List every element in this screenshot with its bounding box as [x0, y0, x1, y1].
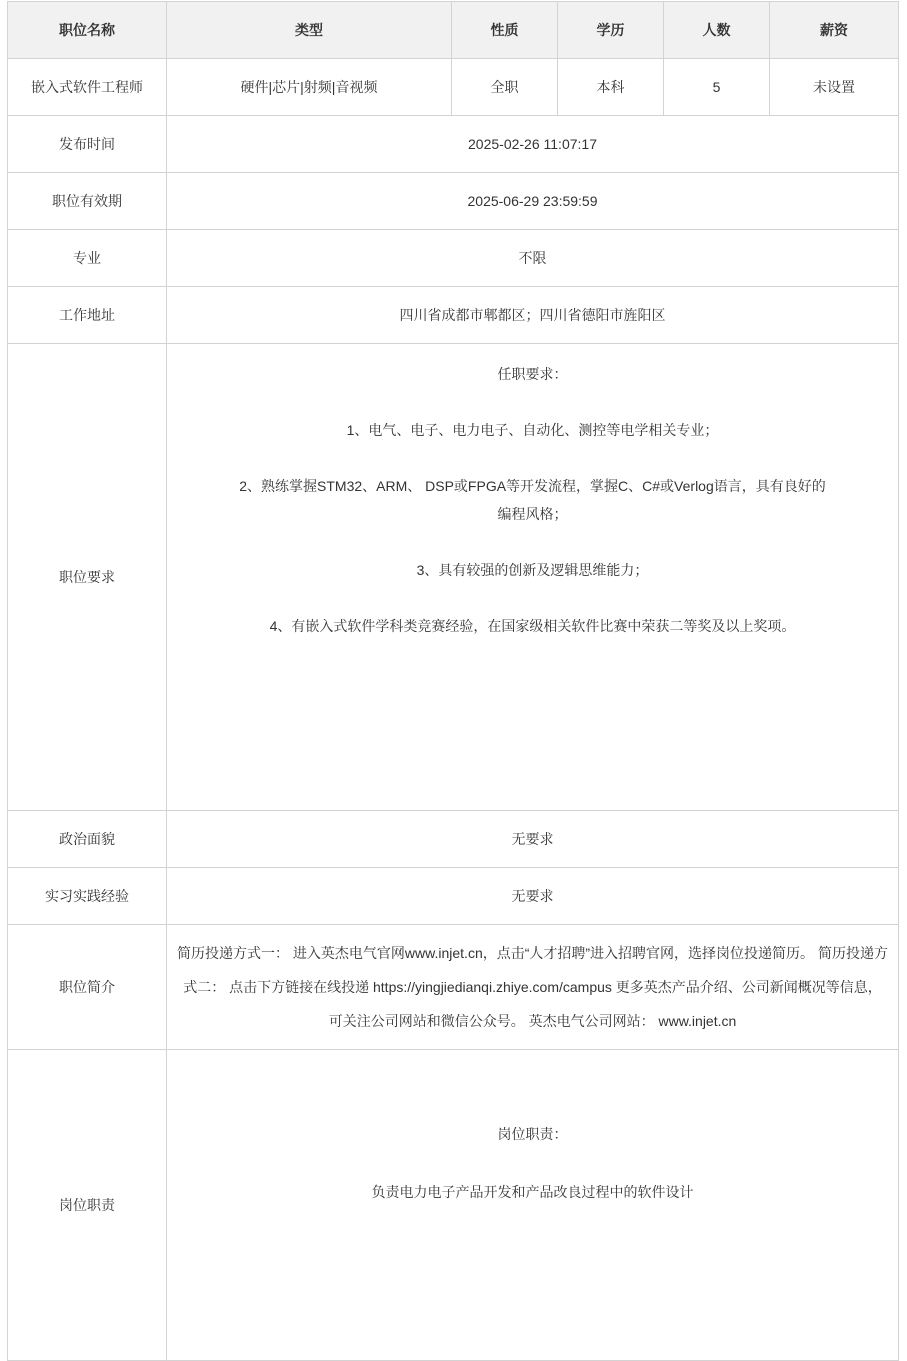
requirement-item: 4、有嵌入式软件学科类竞赛经验，在国家级相关软件比赛中荣获二等奖及以上奖项。	[175, 612, 890, 640]
duties-content: 岗位职责： 负责电力电子产品开发和产品改良过程中的软件设计	[167, 1050, 899, 1222]
internship-experience-label: 实习实践经验	[8, 868, 167, 925]
education-value: 本科	[558, 59, 664, 116]
major-label: 专业	[8, 230, 167, 287]
work-address-row: 工作地址 四川省成都市郫都区；四川省德阳市旌阳区	[8, 287, 899, 344]
column-header-education: 学历	[558, 2, 664, 59]
summary-row: 嵌入式软件工程师 硬件|芯片|射频|音视频 全职 本科 5 未设置	[8, 59, 899, 116]
political-status-value: 无要求	[167, 811, 899, 868]
internship-experience-row: 实习实践经验 无要求	[8, 868, 899, 925]
requirements-content: 任职要求： 1、电气、电子、电力电子、自动化、测控等电学相关专业； 2、熟练掌握…	[167, 344, 899, 811]
political-status-row: 政治面貌 无要求	[8, 811, 899, 868]
publish-time-row: 发布时间 2025-02-26 11:07:17	[8, 116, 899, 173]
major-value: 不限	[167, 230, 899, 287]
valid-until-label: 职位有效期	[8, 173, 167, 230]
job-intro-label: 职位简介	[8, 925, 167, 1050]
column-header-headcount: 人数	[664, 2, 770, 59]
valid-until-row: 职位有效期 2025-06-29 23:59:59	[8, 173, 899, 230]
major-row: 专业 不限	[8, 230, 899, 287]
work-address-label: 工作地址	[8, 287, 167, 344]
type-value: 硬件|芯片|射频|音视频	[167, 59, 452, 116]
publish-time-label: 发布时间	[8, 116, 167, 173]
duties-label: 岗位职责	[8, 1050, 167, 1222]
requirement-item: 2、熟练掌握STM32、ARM、 DSP或FPGA等开发流程，掌握C、C#或Ve…	[175, 472, 890, 528]
job-intro-row: 职位简介 简历投递方式一： 进入英杰电气官网www.injet.cn，点击“人才…	[8, 925, 899, 1050]
political-status-label: 政治面貌	[8, 811, 167, 868]
column-header-salary: 薪资	[770, 2, 899, 59]
job-detail-table: 职位名称 类型 性质 学历 人数 薪资 嵌入式软件工程师 硬件|芯片|射频|音视…	[7, 1, 899, 1221]
work-address-value: 四川省成都市郫都区；四川省德阳市旌阳区	[167, 287, 899, 344]
header-row: 职位名称 类型 性质 学历 人数 薪资	[8, 2, 899, 59]
headcount-value: 5	[664, 59, 770, 116]
requirement-item: 3、具有较强的创新及逻辑思维能力；	[175, 556, 890, 584]
duty-item: 负责电力电子产品开发和产品改良过程中的软件设计	[175, 1178, 890, 1206]
nature-value: 全职	[452, 59, 558, 116]
column-header-position-name: 职位名称	[8, 2, 167, 59]
requirements-label: 职位要求	[8, 344, 167, 811]
requirements-row: 职位要求 任职要求： 1、电气、电子、电力电子、自动化、测控等电学相关专业； 2…	[8, 344, 899, 811]
duties-title: 岗位职责：	[175, 1120, 890, 1148]
duties-row: 岗位职责 岗位职责： 负责电力电子产品开发和产品改良过程中的软件设计	[8, 1050, 899, 1222]
requirement-item: 1、电气、电子、电力电子、自动化、测控等电学相关专业；	[175, 416, 890, 444]
position-name-value: 嵌入式软件工程师	[8, 59, 167, 116]
job-detail-container: 职位名称 类型 性质 学历 人数 薪资 嵌入式软件工程师 硬件|芯片|射频|音视…	[7, 1, 898, 1221]
column-header-type: 类型	[167, 2, 452, 59]
publish-time-value: 2025-02-26 11:07:17	[167, 116, 899, 173]
salary-value: 未设置	[770, 59, 899, 116]
internship-experience-value: 无要求	[167, 868, 899, 925]
requirements-title: 任职要求：	[175, 360, 890, 388]
valid-until-value: 2025-06-29 23:59:59	[167, 173, 899, 230]
job-intro-value: 简历投递方式一： 进入英杰电气官网www.injet.cn，点击“人才招聘”进入…	[167, 925, 899, 1050]
column-header-nature: 性质	[452, 2, 558, 59]
